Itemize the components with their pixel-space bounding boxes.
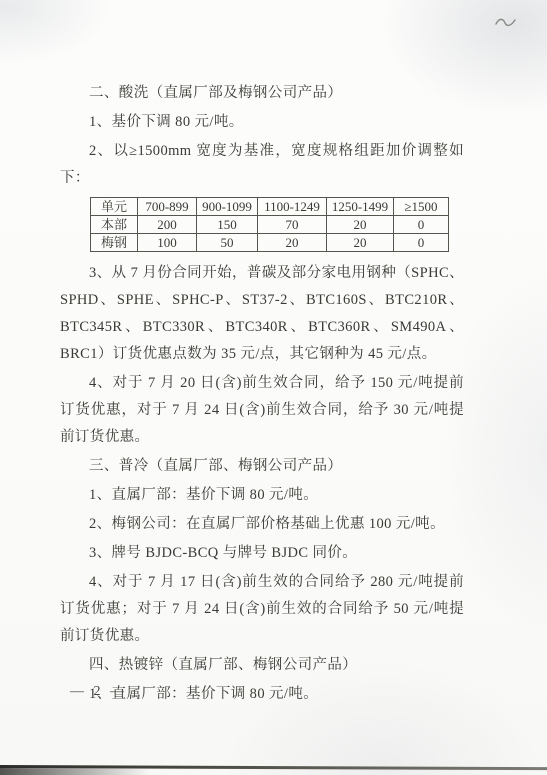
document-body: 二、酸洗（直属厂部及梅钢公司产品） 1、基价下调 80 元/吨。 2、以≥150… bbox=[60, 79, 464, 710]
page-bottom-edge-shadow bbox=[0, 768, 150, 775]
acid-wash-item-3: 3、从 7 月份合同开始，普碳及部分家电用钢种（SPHC、SPHD、SPHE、S… bbox=[60, 260, 464, 368]
table-header-cell: 单元 bbox=[91, 198, 138, 216]
table-header-cell: ≥1500 bbox=[394, 198, 449, 216]
cold-rolled-item-1: 1、直属厂部：基价下调 80 元/吨。 bbox=[60, 482, 464, 509]
table-cell: 0 bbox=[394, 216, 449, 234]
table-header-cell: 900-1099 bbox=[197, 198, 258, 216]
table-cell: 0 bbox=[394, 234, 449, 252]
table-cell: 50 bbox=[197, 234, 258, 252]
acid-wash-item-2: 2、以≥1500mm 宽度为基准，宽度规格组距加价调整如下： bbox=[60, 138, 464, 192]
cold-rolled-item-3: 3、牌号 BJDC-BCQ 与牌号 BJDC 同价。 bbox=[60, 540, 464, 567]
table-cell: 本部 bbox=[91, 216, 138, 234]
section-heading-cold-rolled: 三、普冷（直属厂部、梅钢公司产品） bbox=[60, 453, 464, 480]
table-cell: 梅钢 bbox=[91, 234, 138, 252]
cold-rolled-item-4: 4、对于 7 月 17 日(含)前生效的合同给予 280 元/吨提前订货优惠；对… bbox=[60, 569, 464, 650]
width-price-adjustment-table: 单元 700-899 900-1099 1100-1249 1250-1499 … bbox=[90, 197, 449, 252]
table-cell: 70 bbox=[258, 216, 327, 234]
scanned-document-page: 二、酸洗（直属厂部及梅钢公司产品） 1、基价下调 80 元/吨。 2、以≥150… bbox=[0, 0, 547, 775]
page-number: — 2 — bbox=[70, 684, 127, 700]
table-cell: 20 bbox=[327, 216, 394, 234]
acid-wash-item-4: 4、对于 7 月 20 日(含)前生效合同，给予 150 元/吨提前订货优惠，对… bbox=[60, 370, 464, 451]
table-cell: 20 bbox=[327, 234, 394, 252]
table-cell: 150 bbox=[197, 216, 258, 234]
table-cell: 200 bbox=[138, 216, 197, 234]
table-header-row: 单元 700-899 900-1099 1100-1249 1250-1499 … bbox=[91, 198, 449, 216]
table-row: 本部 200 150 70 20 0 bbox=[91, 216, 449, 234]
table-header-cell: 700-899 bbox=[138, 198, 197, 216]
cold-rolled-item-2: 2、梅钢公司：在直属厂部价格基础上优惠 100 元/吨。 bbox=[60, 511, 464, 538]
table-cell: 100 bbox=[138, 234, 197, 252]
section-heading-acid-wash: 二、酸洗（直属厂部及梅钢公司产品） bbox=[60, 80, 464, 107]
table-header-cell: 1250-1499 bbox=[327, 198, 394, 216]
table-row: 梅钢 100 50 20 20 0 bbox=[91, 234, 449, 252]
section-heading-hot-dip-galvanized: 四、热镀锌（直属厂部、梅钢公司产品） bbox=[60, 652, 464, 679]
table-cell: 20 bbox=[258, 234, 327, 252]
acid-wash-item-1: 1、基价下调 80 元/吨。 bbox=[60, 109, 464, 136]
pen-squiggle-icon bbox=[494, 15, 518, 29]
table-header-cell: 1100-1249 bbox=[258, 198, 327, 216]
